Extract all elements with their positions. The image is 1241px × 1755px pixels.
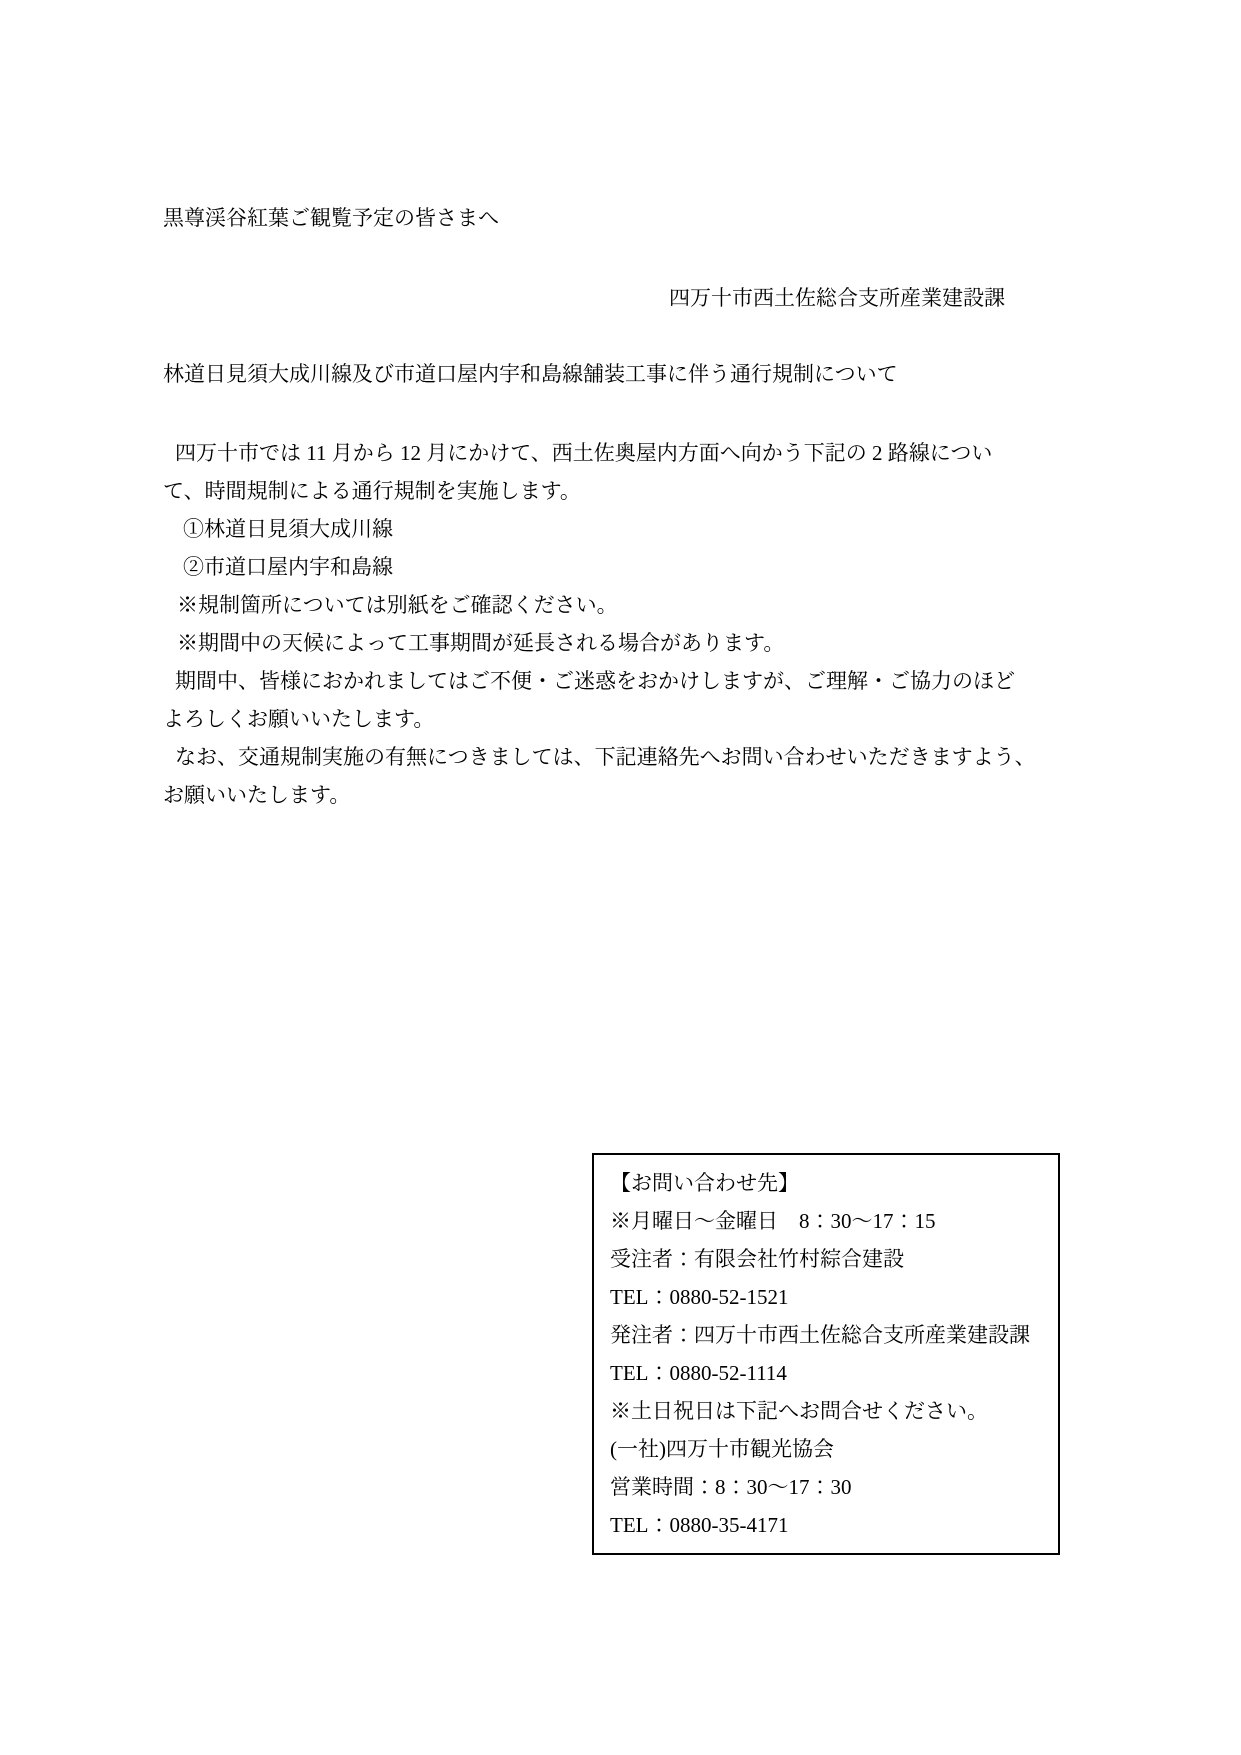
contact-box-tourism-association: (一社)四万十市観光協会 (610, 1430, 1050, 1468)
body-line-paragraph1-cont: て、時間規制による通行規制を実施します。 (163, 472, 1078, 510)
contact-box-orderer: 発注者：四万十市西土佐総合支所産業建設課 (610, 1316, 1050, 1354)
department-line: 四万十市西土佐総合支所産業建設課 (163, 284, 1078, 312)
body-text: 四万十市では 11 月から 12 月にかけて、西土佐奥屋内方面へ向かう下記の 2… (163, 434, 1078, 814)
document-page: 黒尊渓谷紅葉ご観覧予定の皆さまへ 四万十市西土佐総合支所産業建設課 林道日見須大… (0, 0, 1241, 1755)
body-line-paragraph1-start: 四万十市では 11 月から 12 月にかけて、西土佐奥屋内方面へ向かう下記の 2… (163, 434, 1078, 472)
body-line-paragraph2-cont: よろしくお願いいたします。 (163, 700, 1078, 738)
contact-box-contractor-tel: TEL：0880-52-1521 (610, 1278, 1050, 1316)
contact-box-orderer-tel: TEL：0880-52-1114 (610, 1354, 1050, 1392)
contact-box-business-hours: 営業時間：8：30～17：30 (610, 1468, 1050, 1506)
contact-box: 【お問い合わせ先】 ※月曜日～金曜日 8：30～17：15 受注者：有限会社竹村… (592, 1153, 1060, 1555)
document-title: 林道日見須大成川線及び市道口屋内宇和島線舗装工事に伴う通行規制について (163, 360, 1078, 388)
body-line-paragraph3-cont: お願いいたします。 (163, 776, 1078, 814)
body-line-route1: ①林道日見須大成川線 (163, 510, 1078, 548)
contact-box-association-tel: TEL：0880-35-4171 (610, 1506, 1050, 1544)
contact-box-weekday-hours: ※月曜日～金曜日 8：30～17：15 (610, 1202, 1050, 1240)
body-line-note1: ※規制箇所については別紙をご確認ください。 (163, 586, 1078, 624)
contact-box-holiday-note: ※土日祝日は下記へお問合せください。 (610, 1392, 1050, 1430)
body-line-paragraph3-start: なお、交通規制実施の有無につきましては、下記連絡先へお問い合わせいただきますよう… (163, 738, 1078, 776)
contact-box-contractor: 受注者：有限会社竹村綜合建設 (610, 1240, 1050, 1278)
contact-box-heading: 【お問い合わせ先】 (610, 1164, 1050, 1202)
body-line-note2: ※期間中の天候によって工事期間が延長される場合があります。 (163, 624, 1078, 662)
body-line-route2: ②市道口屋内宇和島線 (163, 548, 1078, 586)
body-line-paragraph2-start: 期間中、皆様におかれましてはご不便・ご迷惑をおかけしますが、ご理解・ご協力のほど (163, 662, 1078, 700)
greeting-line: 黒尊渓谷紅葉ご観覧予定の皆さまへ (163, 204, 1078, 232)
